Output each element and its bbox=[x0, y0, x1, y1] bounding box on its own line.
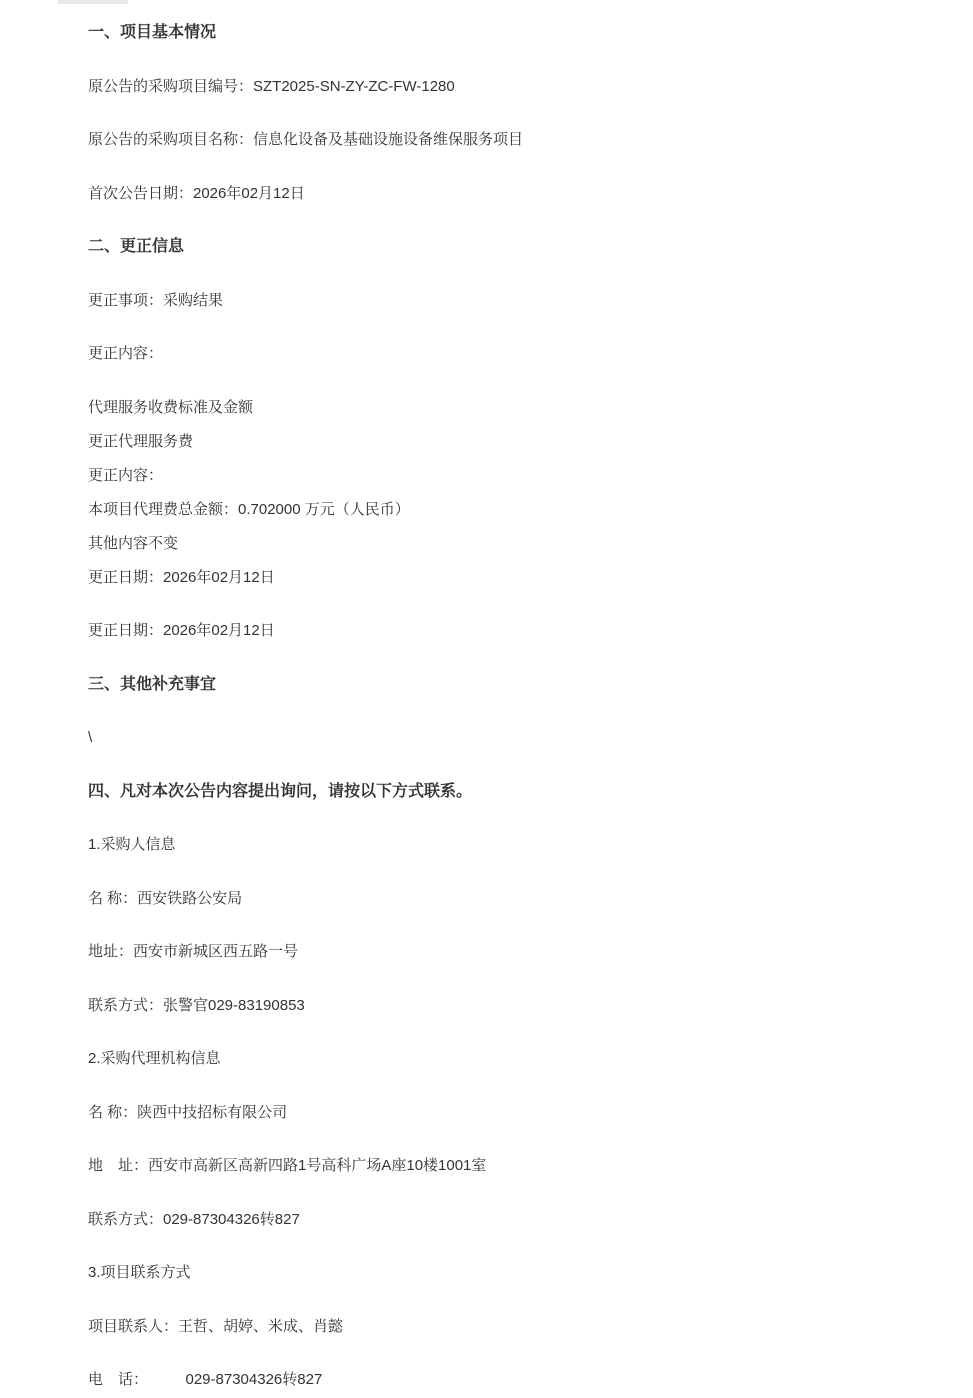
cropped-element-fragment bbox=[58, 0, 128, 4]
announcement-content: 一、项目基本情况 原公告的采购项目编号：SZT2025-SN-ZY-ZC-FW-… bbox=[0, 0, 973, 1388]
purchaser-info-label: 1.采购人信息 bbox=[88, 837, 893, 853]
correction-line-content-label: 更正内容： bbox=[88, 468, 893, 484]
agency-info-label: 2.采购代理机构信息 bbox=[88, 1051, 893, 1067]
paragraph-supplementary-content: \ bbox=[88, 730, 893, 746]
section-heading-supplementary: 三、其他补充事宜 bbox=[88, 677, 893, 693]
correction-line-date: 更正日期：2026年02月12日 bbox=[88, 570, 893, 586]
section-heading-basic-info: 一、项目基本情况 bbox=[88, 25, 893, 41]
correction-line-other-unchanged: 其他内容不变 bbox=[88, 536, 893, 552]
section-heading-correction-info: 二、更正信息 bbox=[88, 239, 893, 255]
agency-name: 名 称：陕西中技招标有限公司 bbox=[88, 1105, 893, 1121]
purchaser-address: 地址：西安市新城区西五路一号 bbox=[88, 944, 893, 960]
project-contact-label: 3.项目联系方式 bbox=[88, 1265, 893, 1281]
correction-line-agency-fee: 更正代理服务费 bbox=[88, 434, 893, 450]
paragraph-correction-date: 更正日期：2026年02月12日 bbox=[88, 623, 893, 639]
announcement-page: 一、项目基本情况 原公告的采购项目编号：SZT2025-SN-ZY-ZC-FW-… bbox=[0, 0, 973, 1398]
agency-contact: 联系方式：029-87304326转827 bbox=[88, 1212, 893, 1228]
paragraph-correction-content-label: 更正内容： bbox=[88, 346, 893, 362]
project-contact-persons: 项目联系人：王哲、胡婷、米成、肖懿 bbox=[88, 1319, 893, 1335]
paragraph-original-project-name: 原公告的采购项目名称：信息化设备及基础设施设备维保服务项目 bbox=[88, 132, 893, 148]
purchaser-contact: 联系方式：张警官029-83190853 bbox=[88, 998, 893, 1014]
project-contact-phone: 电 话： 029-87304326转827 bbox=[88, 1372, 893, 1388]
correction-line-total-amount: 本项目代理费总金额：0.702000 万元（人民币） bbox=[88, 502, 893, 518]
paragraph-correction-item: 更正事项：采购结果 bbox=[88, 293, 893, 309]
paragraph-original-project-number: 原公告的采购项目编号：SZT2025-SN-ZY-ZC-FW-1280 bbox=[88, 79, 893, 95]
paragraph-first-announcement-date: 首次公告日期：2026年02月12日 bbox=[88, 186, 893, 202]
section-heading-contact: 四、凡对本次公告内容提出询问，请按以下方式联系。 bbox=[88, 784, 893, 800]
correction-detail-block: 代理服务收费标准及金额 更正代理服务费 更正内容： 本项目代理费总金额：0.70… bbox=[88, 400, 893, 586]
correction-line-fee-standard: 代理服务收费标准及金额 bbox=[88, 400, 893, 416]
purchaser-name: 名 称：西安铁路公安局 bbox=[88, 891, 893, 907]
agency-address: 地 址：西安市高新区高新四路1号高科广场A座10楼1001室 bbox=[88, 1158, 893, 1174]
